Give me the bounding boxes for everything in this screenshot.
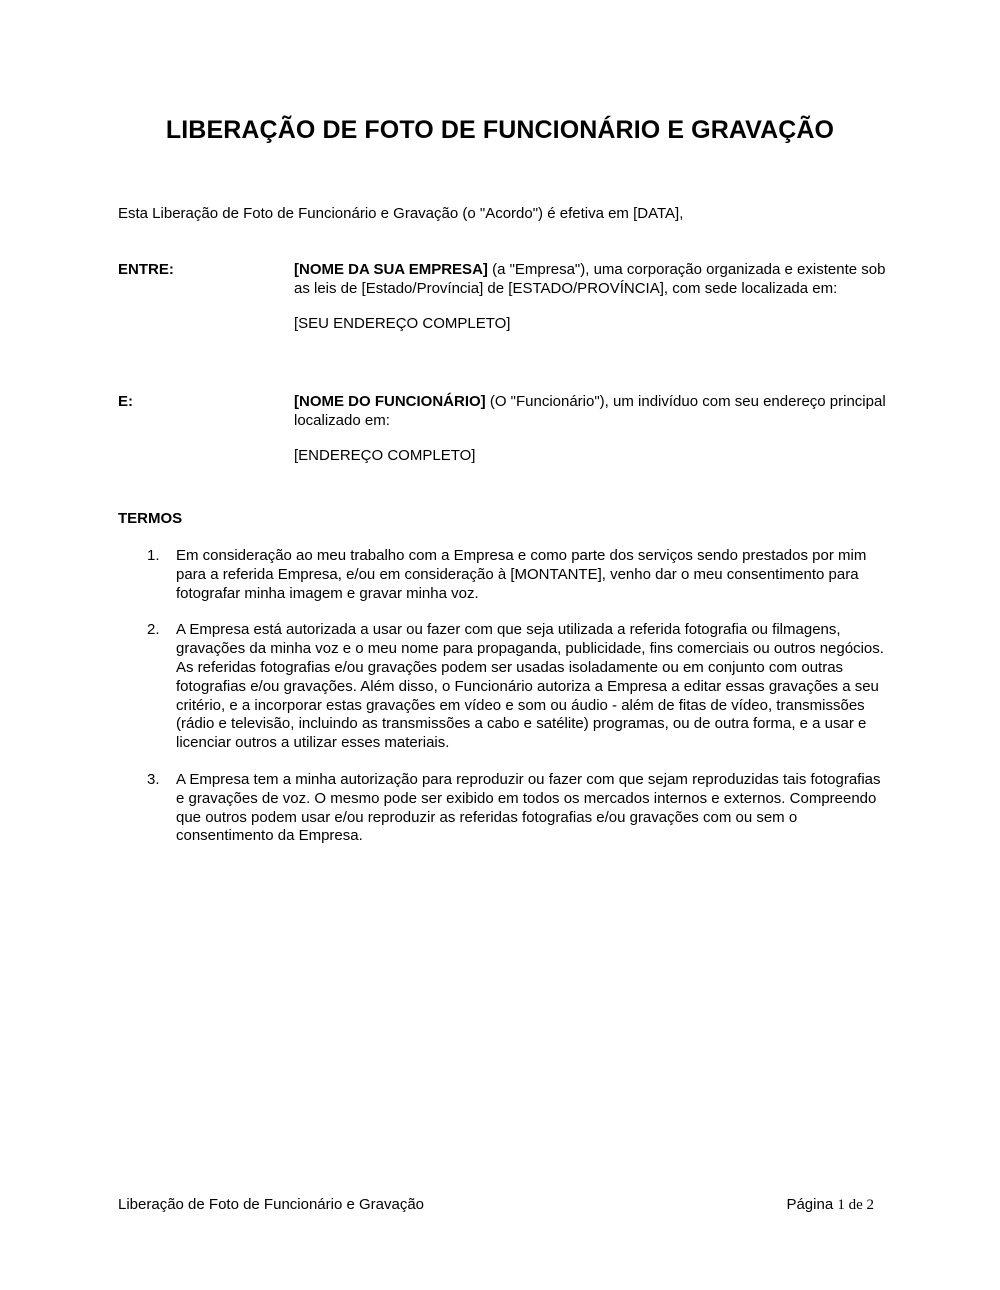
term-number: 3. [147, 771, 160, 790]
term-text: Em consideração ao meu trabalho com a Em… [176, 547, 888, 603]
terms-list: 1. Em consideração ao meu trabalho com a… [118, 547, 888, 864]
party-address: [ENDEREÇO COMPLETO] [294, 447, 894, 466]
page-current: 1 [837, 1197, 845, 1213]
party-name: [NOME DO FUNCIONÁRIO] [294, 393, 486, 410]
page-of: de [845, 1197, 867, 1213]
terms-heading: TERMOS [118, 510, 182, 527]
party-label: ENTRE: [118, 261, 174, 280]
term-number: 1. [147, 547, 160, 566]
term-text: A Empresa tem a minha autorização para r… [176, 771, 888, 846]
party-description: [NOME DO FUNCIONÁRIO] (O "Funcionário"),… [294, 393, 894, 431]
page-total: 2 [867, 1197, 875, 1213]
party-address: [SEU ENDEREÇO COMPLETO] [294, 315, 894, 334]
term-number: 2. [147, 621, 160, 640]
footer-title: Liberação de Foto de Funcionário e Grava… [118, 1196, 424, 1213]
party-label: E: [118, 393, 133, 412]
party-name: [NOME DA SUA EMPRESA] [294, 261, 488, 278]
intro-paragraph: Esta Liberação de Foto de Funcionário e … [118, 205, 683, 222]
term-item: 3. A Empresa tem a minha autorização par… [118, 771, 888, 846]
party-description: [NOME DA SUA EMPRESA] (a "Empresa"), uma… [294, 261, 894, 299]
party-body: [NOME DO FUNCIONÁRIO] (O "Funcionário"),… [294, 393, 894, 465]
document-title: LIBERAÇÃO DE FOTO DE FUNCIONÁRIO E GRAVA… [0, 116, 1000, 145]
term-item: 1. Em consideração ao meu trabalho com a… [118, 547, 888, 603]
page-word: Página [786, 1196, 837, 1213]
document-page: LIBERAÇÃO DE FOTO DE FUNCIONÁRIO E GRAVA… [0, 0, 1000, 1290]
party-body: [NOME DA SUA EMPRESA] (a "Empresa"), uma… [294, 261, 894, 333]
page-number: Página 1 de 2 [786, 1196, 874, 1214]
term-text: A Empresa está autorizada a usar ou faze… [176, 621, 888, 753]
term-item: 2. A Empresa está autorizada a usar ou f… [118, 621, 888, 753]
